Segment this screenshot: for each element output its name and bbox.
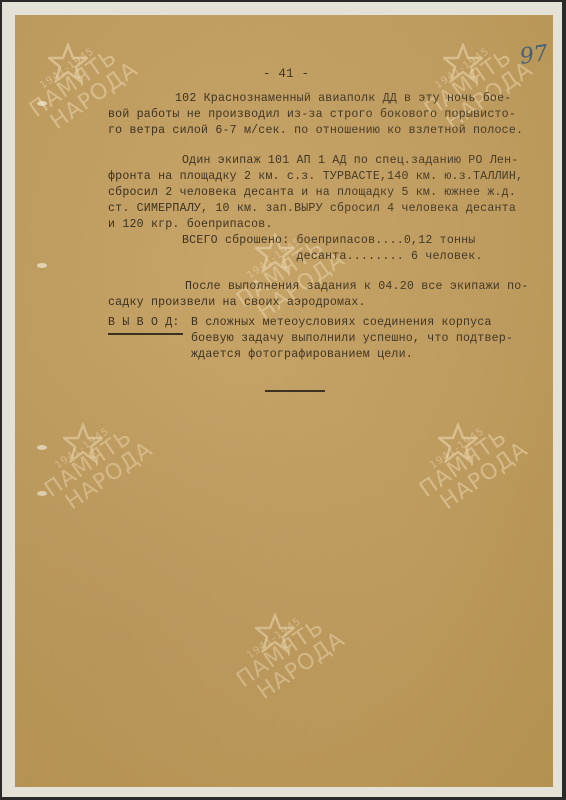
conclusion-line-2: боевую задачу выполнили успешно, что под… [191,331,513,347]
document-page: 1941-1945ПАМЯТЬНАРОДА 1941-1945ПАМЯТЬНАР… [15,15,553,787]
conclusion-underline [108,333,183,335]
scan-frame: 1941-1945ПАМЯТЬНАРОДА 1941-1945ПАМЯТЬНАР… [2,2,562,797]
watermark: 1941-1945ПАМЯТЬНАРОДА [55,423,215,573]
watermark: 1941-1945ПАМЯТЬНАРОДА [430,423,553,573]
conclusion-line-1: В сложных метеоусловиях соединения корпу… [191,315,492,331]
punch-hole [37,445,47,450]
paragraph-2-line-2: фронта на площадку 2 км. с.з. ТУРВАСТЕ,1… [108,169,523,185]
paragraph-2-line-1: Один экипаж 101 АП 1 АД по спец.заданию … [182,153,518,169]
watermark: 1941-1945ПАМЯТЬНАРОДА [247,613,407,763]
page-number: - 41 - [263,67,309,83]
handwritten-sheet-number: 97 [518,41,549,70]
paragraph-1-line-3: го ветра силой 6-7 м/сек. по отношению к… [108,123,523,139]
closing-rule [265,390,325,392]
paragraph-2-line-4: ст. СИМЕРПАЛУ, 10 км. зап.ВЫРУ сбросил 4… [108,201,516,217]
paragraph-1-line-1: 102 Краснознаменный авиаполк ДД в эту но… [175,91,511,107]
totals-line-2: десанта........ 6 человек. [182,249,483,265]
star-icon [255,613,295,653]
paragraph-4-line-2: садку произвели на своих аэродромах. [108,295,366,311]
paragraph-2-line-3: сбросил 2 человека десанта и на площадку… [108,185,516,201]
star-icon [438,423,478,463]
punch-hole [37,263,47,268]
punch-hole [37,101,47,106]
star-icon [443,43,483,83]
totals-line-1: ВСЕГО сброшено: боеприпасов....0,12 тонн… [182,233,475,249]
star-icon [63,423,103,463]
conclusion-label: В Ы В О Д: [108,315,180,331]
conclusion-line-3: ждается фотографированием цели. [191,347,413,363]
paragraph-1-line-2: вой работы не производил из-за строго бо… [108,107,516,123]
paragraph-4-line-1: После выполнения задания к 04.20 все эки… [185,279,529,295]
punch-hole [37,491,47,496]
paragraph-2-line-5: и 120 кгр. боеприпасов. [108,217,273,233]
star-icon [48,43,88,83]
